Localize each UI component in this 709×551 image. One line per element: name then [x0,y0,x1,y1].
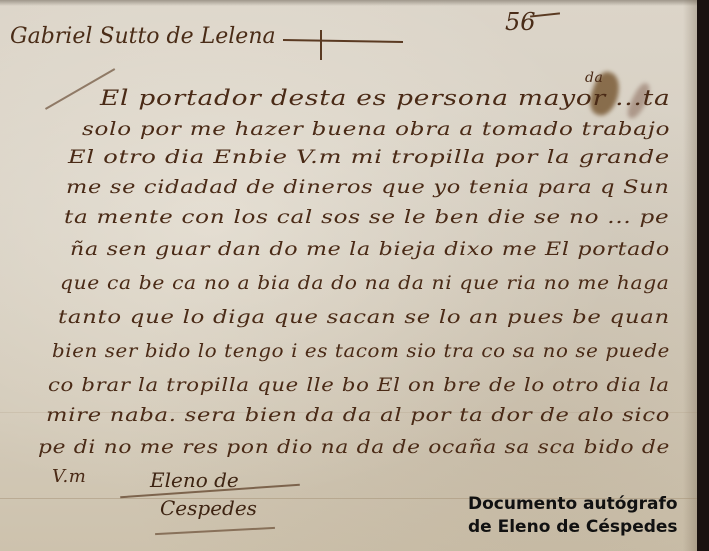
header-flourish [283,39,403,43]
manuscript-line-11: mire naba. sera bien da da al por ta dor… [46,404,670,426]
folio-number: 56 [505,8,536,36]
manuscript-line-4: me se cidadad de dineros que yo tenia pa… [66,176,670,198]
header-annotation: Gabriel Sutto de Lelena [10,24,276,49]
manuscript-line-8: tanto que lo diga que sacan se lo an pue… [58,306,670,328]
page-edge [683,0,697,551]
manuscript-line-2: solo por me hazer buena obra a tomado tr… [82,118,670,140]
signature-line-2: Cespedes [160,496,257,520]
manuscript-line-1: El portador desta es persona mayor ...ta [100,86,670,110]
manuscript-line-6: ña sen guar dan do me la bieja dixo me E… [70,238,670,260]
superscript-da: da [585,70,604,86]
manuscript-line-5: ta mente con los cal sos se le ben die s… [64,206,669,228]
caption-line-2: de Eleno de Céspedes [468,516,678,539]
signature-flourish [155,527,275,535]
manuscript-line-12: pe di no me res pon dio na da de ocaña s… [38,436,670,458]
caption-line-1: Documento autógrafo [468,493,678,516]
manuscript-line-7: que ca be ca no a bia da do na da ni que… [60,272,670,294]
manuscript-line-9: bien ser bido lo tengo i es tacom sio tr… [52,340,670,362]
document-caption: Documento autógrafo de Eleno de Céspedes [468,493,678,539]
manuscript-page: Gabriel Sutto de Lelena 56 da El portado… [0,0,697,551]
closing-vm: V.m [52,466,86,487]
manuscript-line-3: El otro dia Enbie V.m mi tropilla por la… [68,146,670,168]
header-flourish [320,30,322,60]
manuscript-line-10: co brar la tropilla que lle bo El on bre… [48,374,670,396]
